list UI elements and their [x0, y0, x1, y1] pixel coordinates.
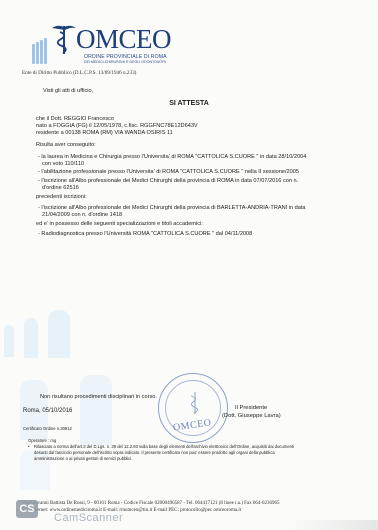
operator: Operatore : mg [28, 438, 56, 443]
logo-subtitle-2: DEI MEDICI-CHIRURGHI E DEGLI ODONTOIATRI [84, 60, 166, 64]
note-bullet: • [28, 444, 29, 449]
achievement-license: - l'abilitazione professionale presso l'… [38, 169, 299, 176]
logo-title: OMCEO [76, 24, 171, 55]
president-title: Il Presidente [235, 405, 267, 412]
achievement-degree: - la laurea in Medicina e Chirurgia pres… [38, 154, 306, 161]
achievement-degree-grade: con voto 110/110 [42, 161, 84, 168]
person-residence: residente a 00138 ROMA (RM) VIA WANDA OS… [36, 130, 173, 137]
stamp-caduceus-icon [187, 390, 203, 416]
person-name: che il Dott. REGGIO Francesco [36, 116, 114, 123]
scan-edge-shadow [288, 520, 378, 530]
certificate-number: Certificato Ordine n.30912 [23, 426, 72, 431]
previous-label: precedenti iscrizioni: [36, 194, 87, 201]
achievement-registration-number: d'ordine 62516 [42, 185, 79, 192]
president-name: (Dott. Giuseppe Lavra) [222, 413, 281, 420]
specializations-label: ed e' in possesso delle seguenti special… [36, 221, 203, 228]
footer-address: Via Giovanni Battista De Rossi, 9 - 0016… [22, 500, 280, 507]
official-stamp: OMCEO [158, 373, 228, 443]
disciplinary-statement: Non risultano procedimenti disciplinari … [40, 394, 157, 401]
camscanner-label: CamScanner [54, 512, 123, 524]
camscanner-logo: CS [16, 500, 38, 518]
previous-registration: - l'iscrizione all'Albo professionale de… [38, 205, 306, 212]
ente-line: Ente di Diritto Pubblico (D.L.C.P.S. 13/… [22, 70, 136, 76]
note-line-2: desunti dal fascicolo personale dell'isc… [34, 450, 275, 455]
omceo-logo: OMCEO ORDINE PROVINCIALE DI ROMA DEI MED… [32, 22, 172, 70]
person-birth: nato a FOGGIA (FG) il 12/05/1978, c.fisc… [36, 123, 198, 130]
place-date: Roma, 05/10/2016 [23, 408, 72, 415]
specialization-item: - Radiodiagnostica presso l'Università R… [38, 231, 252, 238]
achievement-registration: - l'iscrizione all'Albo professionale de… [38, 178, 298, 185]
note-line-1: Rilasciato a norma dell'art.3 del D.Lgs.… [34, 444, 294, 449]
certificate-page: OMCEO ORDINE PROVINCIALE DI ROMA DEI MED… [0, 0, 378, 530]
intro-text: Visti gli atti di ufficio, [43, 88, 93, 95]
achieved-label: Risulta aver conseguito: [36, 142, 96, 149]
attestation-heading: SI ATTESTA [0, 100, 378, 107]
previous-registration-number: 21/04/2009 con n. d'ordine 1418 [42, 212, 122, 219]
caduceus-icon [50, 22, 78, 56]
note-line-3: amministrazione o ai privati gestori di … [34, 456, 132, 461]
